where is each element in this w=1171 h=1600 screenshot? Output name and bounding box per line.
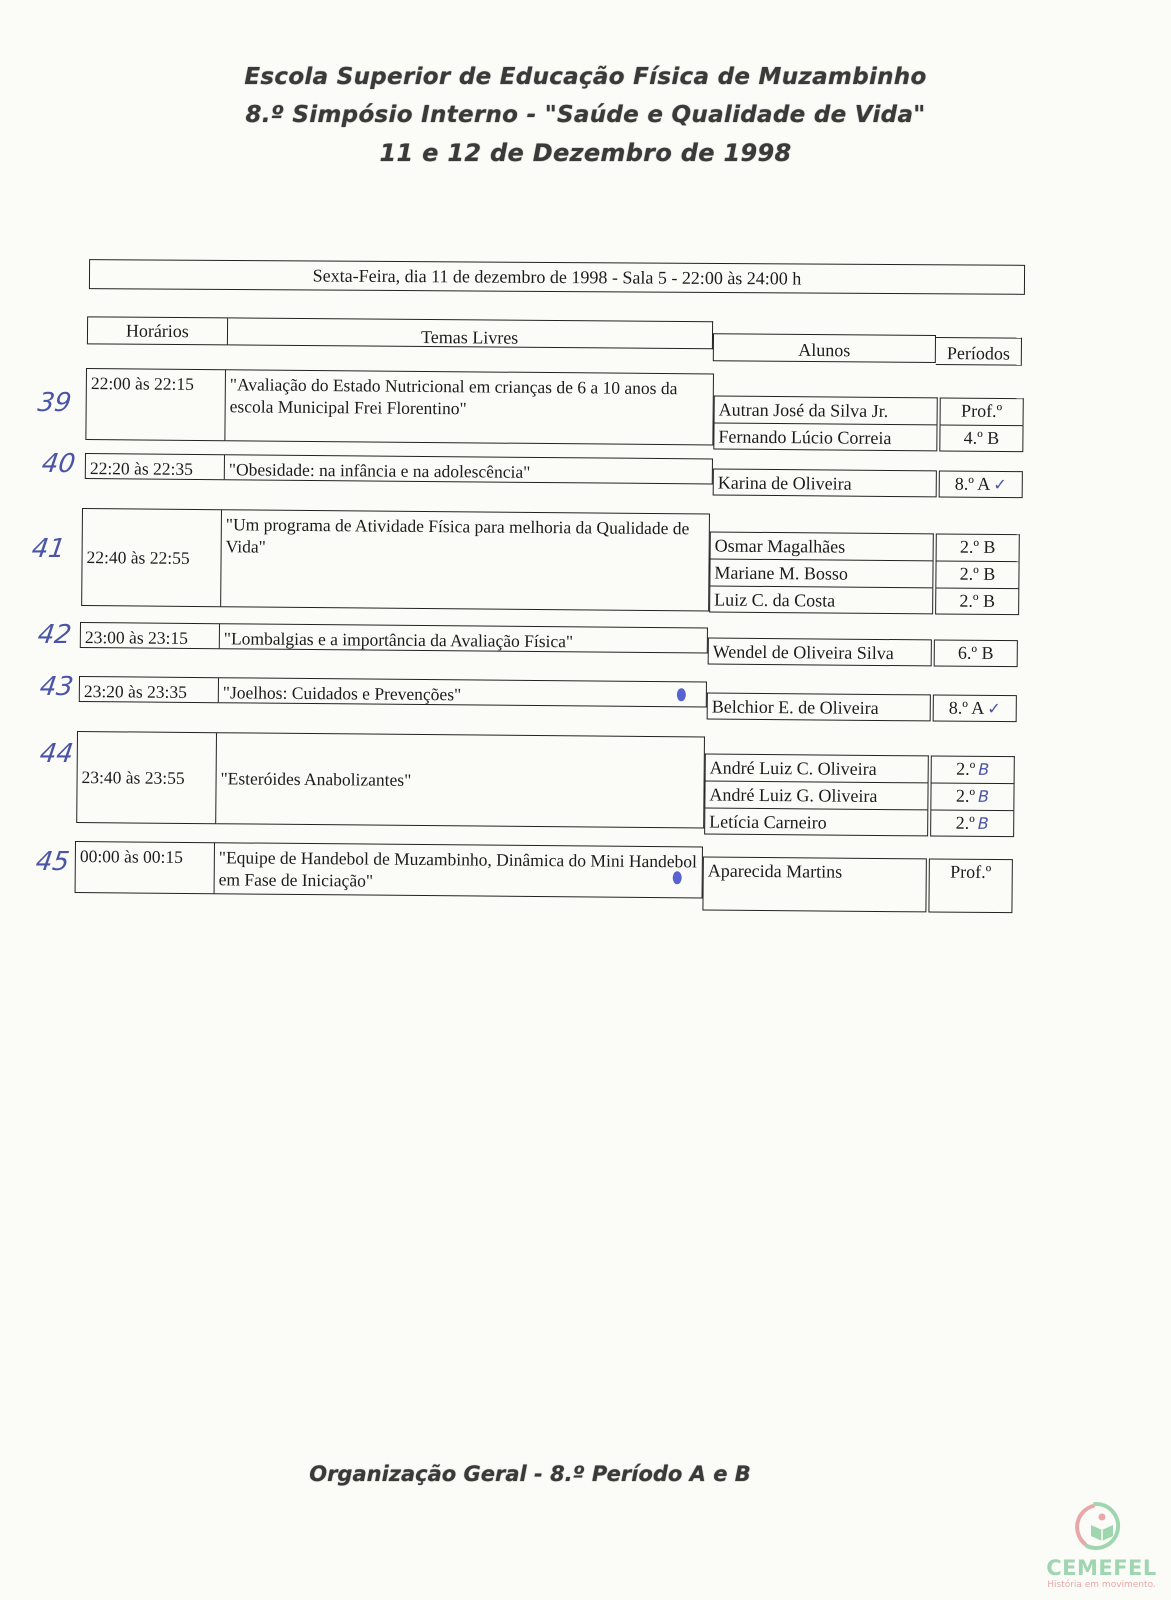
ink-mark-icon [677, 688, 686, 701]
day-session-bar: Sexta-Feira, dia 11 de dezembro de 1998 … [89, 259, 1025, 295]
session-block: 22:20 às 22:35"Obesidade: na infância e … [85, 453, 1023, 498]
session-theme-text: "Joelhos: Cuidados e Prevenções" [223, 682, 462, 704]
column-header-period: Períodos [936, 337, 1022, 366]
student-name: Wendel de Oliveira Silva [708, 637, 932, 666]
session-block: 00:00 às 00:15"Equipe de Handebol de Muz… [74, 841, 1013, 913]
session-time: 23:20 às 23:35 [79, 676, 219, 703]
student-row: Mariane M. Bosso2.º B [709, 558, 1019, 588]
student-row: Osmar Magalhães2.º B [710, 531, 1020, 561]
session-theme: "Joelhos: Cuidados e Prevenções" [219, 677, 707, 707]
student-period-text: Prof.º [961, 401, 1002, 421]
student-row: Fernando Lúcio Correia4.º B [713, 422, 1023, 452]
student-name: Belchior E. de Oliveira [707, 692, 931, 721]
column-header-students: Alunos [712, 333, 936, 363]
student-row: André Luiz C. Oliveira2.ºB [705, 753, 1015, 783]
student-period: Prof.º [928, 858, 1012, 913]
student-period: 6.º B [934, 639, 1018, 667]
column-header-theme: Temas Livres [228, 317, 713, 349]
school-name: Escola Superior de Educação Física de Mu… [0, 58, 1171, 96]
student-period-text: 2.º [956, 786, 975, 806]
ink-mark-icon [673, 871, 682, 884]
session-time: 00:00 às 00:15 [75, 841, 215, 894]
student-period: 4.º B [939, 424, 1023, 452]
handwritten-check-icon: ✓ [993, 475, 1007, 494]
student-row: Luiz C. da Costa2.º B [709, 585, 1019, 615]
logo-brand: CEMEFEL [1032, 1556, 1171, 1580]
session-time: 22:00 às 22:15 [85, 368, 226, 441]
student-period: 2.ºB [931, 755, 1015, 783]
student-period: 2.º B [936, 533, 1020, 561]
session-theme: "Obesidade: na infância e na adolescênci… [225, 454, 713, 484]
session-time: 22:40 às 22:55 [81, 508, 222, 607]
student-row: Wendel de Oliveira Silva6.º B [708, 637, 1018, 667]
student-period: 8.º A✓ [939, 470, 1023, 498]
handwritten-session-number: 43 [38, 672, 75, 702]
cemefel-emblem-icon [1073, 1498, 1131, 1556]
session-theme-text: "Esteróides Anabolizantes" [220, 767, 411, 791]
student-period-text: 2.º B [960, 564, 996, 584]
session-time: 23:40 às 23:55 [76, 731, 217, 824]
session-theme-text: "Lombalgias e a importância da Avaliação… [224, 628, 573, 651]
session-theme-text: "Equipe de Handebol de Muzambinho, Dinâm… [219, 847, 697, 890]
document-header: Escola Superior de Educação Física de Mu… [0, 58, 1171, 172]
student-period-text: 4.º B [964, 428, 1000, 448]
session-block: 23:40 às 23:55"Esteróides Anabolizantes"… [76, 731, 1015, 837]
student-name: Mariane M. Bosso [709, 558, 933, 587]
handwritten-mark: B [978, 787, 989, 806]
student-row: Autran José da Silva Jr.Prof.º [714, 395, 1024, 425]
student-period: Prof.º [940, 397, 1024, 425]
student-name: Luiz C. da Costa [709, 585, 933, 614]
session-students: Autran José da Silva Jr.Prof.ºFernando L… [713, 395, 1023, 452]
student-name: Autran José da Silva Jr. [714, 395, 938, 424]
handwritten-session-number: 42 [36, 620, 73, 650]
column-header-time: Horários [87, 316, 228, 345]
student-name: Letícia Carneiro [704, 807, 928, 836]
session-block: 22:40 às 22:55"Um programa de Atividade … [81, 508, 1020, 615]
session-students: Wendel de Oliveira Silva6.º B [708, 637, 1018, 667]
session-theme: "Equipe de Handebol de Muzambinho, Dinâm… [215, 842, 703, 898]
session-block: 22:00 às 22:15"Avaliação do Estado Nutri… [85, 368, 1024, 452]
session-students: Belchior E. de Oliveira8.º A✓ [707, 692, 1017, 722]
student-row: Karina de Oliveira8.º A✓ [713, 468, 1023, 498]
session-theme-text: "Um programa de Atividade Física para me… [226, 514, 690, 556]
student-period-text: Prof.º [950, 862, 991, 882]
student-row: Letícia Carneiro2.ºB [704, 807, 1014, 837]
session-students: André Luiz C. Oliveira2.ºBAndré Luiz G. … [704, 753, 1015, 837]
table-column-headers: Horários Temas Livres Alunos Períodos [87, 316, 1022, 351]
handwritten-session-number: 44 [38, 739, 75, 769]
session-theme: "Avaliação do Estado Nutricional em cria… [225, 369, 714, 445]
handwritten-session-number: 41 [30, 534, 67, 564]
session-theme: "Um programa de Atividade Física para me… [221, 509, 710, 611]
student-period: 2.º B [935, 560, 1019, 588]
session-time: 23:00 às 23:15 [80, 622, 220, 649]
session-theme: "Esteróides Anabolizantes" [216, 732, 705, 828]
handwritten-mark: B [978, 760, 989, 779]
handwritten-session-number: 40 [40, 449, 77, 479]
handwritten-session-number: 45 [34, 847, 71, 877]
session-block: 23:20 às 23:35"Joelhos: Cuidados e Preve… [79, 676, 1017, 722]
handwritten-check-icon: ✓ [987, 699, 1001, 718]
student-name: Fernando Lúcio Correia [713, 422, 937, 451]
session-block: 23:00 às 23:15"Lombalgias e a importânci… [80, 622, 1018, 667]
student-period: 2.º B [935, 587, 1019, 615]
student-period-text: 2.º [956, 759, 975, 779]
session-theme-text: "Avaliação do Estado Nutricional em cria… [230, 374, 678, 418]
student-period-text: 6.º B [958, 643, 994, 663]
student-period-text: 8.º A [955, 474, 991, 494]
student-name: André Luiz C. Oliveira [705, 753, 929, 782]
student-period-text: 2.º B [960, 537, 996, 557]
student-period: 8.º A✓ [933, 694, 1017, 722]
session-time: 22:20 às 22:35 [85, 453, 225, 480]
session-students: Karina de Oliveira8.º A✓ [713, 468, 1023, 498]
student-name: André Luiz G. Oliveira [704, 780, 928, 809]
student-period-text: 2.º [956, 813, 975, 833]
symposium-dates: 11 e 12 de Dezembro de 1998 [0, 134, 1171, 172]
student-row: André Luiz G. Oliveira2.ºB [704, 780, 1014, 810]
symposium-title: 8.º Simpósio Interno - "Saúde e Qualidad… [0, 96, 1171, 134]
student-name: Aparecida Martins [702, 856, 926, 912]
logo-tagline: História em movimento. [1032, 1580, 1171, 1591]
student-name: Osmar Magalhães [710, 531, 934, 560]
student-period: 2.ºB [930, 782, 1014, 810]
student-name: Karina de Oliveira [713, 468, 937, 497]
student-row: Aparecida MartinsProf.º [702, 856, 1012, 913]
handwritten-mark: B [978, 814, 989, 833]
cemefel-logo: CEMEFEL História em movimento. [1032, 1498, 1171, 1591]
session-theme-text: "Obesidade: na infância e na adolescênci… [229, 459, 531, 482]
student-period-text: 8.º A [949, 698, 985, 718]
student-row: Belchior E. de Oliveira8.º A✓ [707, 692, 1017, 722]
student-period: 2.ºB [930, 809, 1014, 837]
student-period-text: 2.º B [959, 591, 995, 611]
handwritten-session-number: 39 [36, 388, 73, 418]
session-students: Aparecida MartinsProf.º [702, 856, 1012, 913]
session-students: Osmar Magalhães2.º BMariane M. Bosso2.º … [709, 531, 1020, 615]
session-theme: "Lombalgias e a importância da Avaliação… [220, 623, 708, 653]
footer-organization: Organização Geral - 8.º Período A e B [0, 1462, 1060, 1486]
